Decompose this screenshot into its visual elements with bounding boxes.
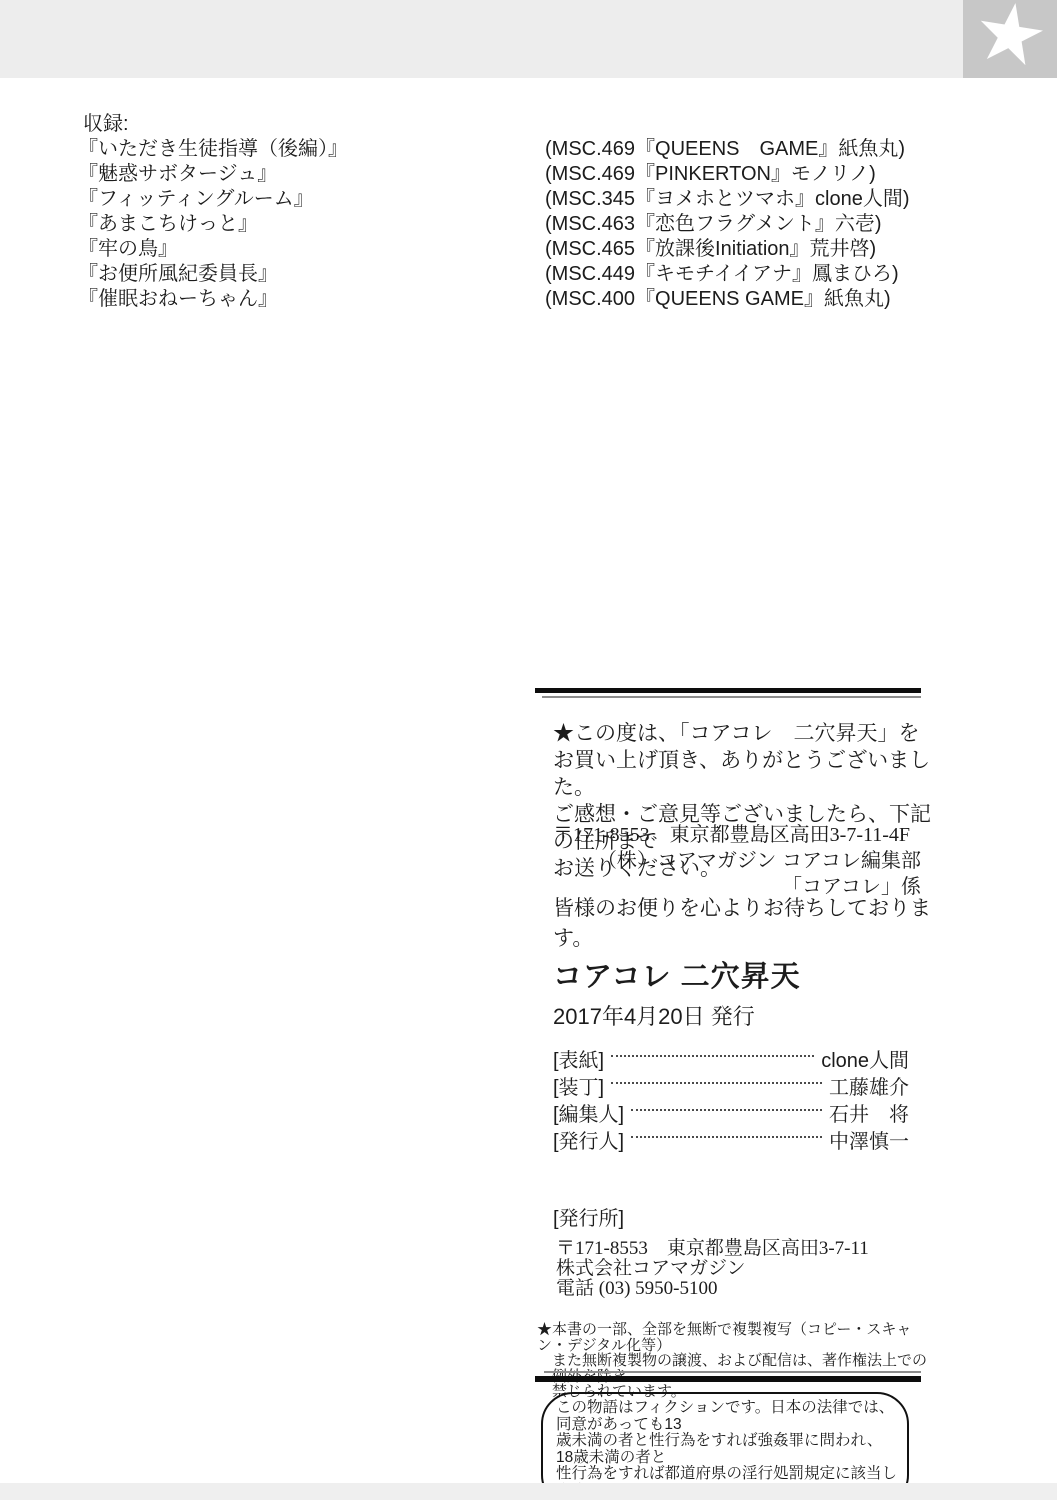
story-source: (MSC.465『放課後Initiation』荒井啓): [545, 237, 978, 262]
publisher-label: [発行所]: [553, 1202, 933, 1231]
story-source: (MSC.400『QUEENS GAME』紙魚丸): [545, 287, 978, 312]
bottom-strip: [0, 1483, 1057, 1500]
dotted-leader: [611, 1055, 814, 1057]
copyright-notice: ★本書の一部、全部を無断で複製複写（コピー・スキャン・デジタル化等） また無断複…: [537, 1322, 929, 1400]
contents-list: 収録: 『いただき生徒指導（後編）』 (MSC.469『QUEENS GAME』…: [78, 112, 978, 312]
address-company-line: （株）コアマガジン コアコレ編集部: [553, 848, 921, 874]
waiting-line: 皆様のお便りを心よりお待ちしております。: [553, 892, 933, 952]
contents-row: 『魅惑サボタージュ』 (MSC.469『PINKERTON』モノリノ): [78, 162, 978, 187]
contents-row: 『お便所風紀委員長』 (MSC.449『キモチイイアナ』鳳まひろ): [78, 262, 978, 287]
rule-thick: [535, 1376, 921, 1382]
credit-name: 工藤雄介: [829, 1071, 909, 1100]
disclaimer-line: この物語はフィクションです。日本の法律では、同意があっても13: [556, 1400, 897, 1433]
contents-row: 『いただき生徒指導（後編）』 (MSC.469『QUEENS GAME』紙魚丸): [78, 137, 978, 162]
story-title: 『お便所風紀委員長』: [78, 262, 545, 287]
dotted-leader: [631, 1136, 822, 1138]
story-title: 『フィッティングルーム』: [78, 187, 545, 212]
star-icon: ★: [968, 0, 1053, 78]
contents-row: 『フィッティングルーム』 (MSC.345『ヨメホとツマホ』clone人間): [78, 187, 978, 212]
story-title: 『催眠おねーちゃん』: [78, 287, 545, 312]
dotted-leader: [631, 1109, 822, 1111]
story-title: 『魅惑サボタージュ』: [78, 162, 545, 187]
dotted-leader: [611, 1082, 822, 1084]
credits-list: [表紙] clone人間 [装丁] 工藤雄介 [編集人] 石井 将 [発行人] …: [553, 1045, 909, 1153]
contents-row: 『催眠おねーちゃん』 (MSC.400『QUEENS GAME』紙魚丸): [78, 287, 978, 312]
credit-row: [表紙] clone人間: [553, 1045, 909, 1072]
divider-rule-top: [535, 688, 921, 698]
story-source: (MSC.449『キモチイイアナ』鳳まひろ): [545, 262, 978, 287]
rule-thick: [535, 688, 921, 693]
divider-rule-bottom: [535, 1371, 921, 1382]
editorial-address: 〒171-8553 東京都豊島区高田3-7-11-4F （株）コアマガジン コア…: [553, 822, 921, 900]
credit-row: [編集人] 石井 将: [553, 1099, 909, 1126]
rule-thin: [544, 1371, 921, 1373]
credit-label: [装丁]: [553, 1071, 604, 1100]
thanks-line: お買い上げ頂き、ありがとうございました。: [553, 747, 933, 801]
story-title: 『いただき生徒指導（後編）』: [78, 137, 545, 162]
book-title: コアコレ 二穴昇天: [553, 954, 801, 995]
credit-name: clone人間: [821, 1044, 909, 1073]
credit-row: [発行人] 中澤慎一: [553, 1126, 909, 1153]
story-source: (MSC.345『ヨメホとツマホ』clone人間): [545, 187, 978, 212]
credit-label: [発行人]: [553, 1125, 624, 1154]
publish-date: 2017年4月20日 発行: [553, 1000, 755, 1031]
publisher-phone: 電話 (03) 5950-5100: [553, 1279, 933, 1299]
publisher-address: 〒171-8553 東京都豊島区高田3-7-11: [553, 1239, 933, 1259]
credit-name: 中澤慎一: [829, 1125, 909, 1154]
contents-row: 『あまこちけっと』 (MSC.463『恋色フラグメント』六壱): [78, 212, 978, 237]
contents-heading: 収録:: [78, 112, 978, 137]
credit-label: [編集人]: [553, 1098, 624, 1127]
story-title: 『牢の鳥』: [78, 237, 545, 262]
story-source: (MSC.463『恋色フラグメント』六壱): [545, 212, 978, 237]
address-postal-line: 〒171-8553 東京都豊島区高田3-7-11-4F: [553, 822, 921, 848]
disclaimer-line: 歳未満の者と性行為をすれば強姦罪に問われ、18歳未満の者と: [556, 1433, 897, 1466]
credit-name: 石井 将: [829, 1098, 909, 1127]
star-box: ★: [963, 0, 1057, 78]
credit-row: [装丁] 工藤雄介: [553, 1072, 909, 1099]
rule-thin: [542, 696, 921, 698]
story-source: (MSC.469『PINKERTON』モノリノ): [545, 162, 978, 187]
credit-label: [表紙]: [553, 1044, 604, 1073]
top-banner: ★: [0, 0, 1057, 78]
story-title: 『あまこちけっと』: [78, 212, 545, 237]
publisher-block: [発行所] 〒171-8553 東京都豊島区高田3-7-11 株式会社コアマガジ…: [553, 1202, 933, 1299]
contents-row: 『牢の鳥』 (MSC.465『放課後Initiation』荒井啓): [78, 237, 978, 262]
story-source: (MSC.469『QUEENS GAME』紙魚丸): [545, 137, 978, 162]
copyright-line: ★本書の一部、全部を無断で複製複写（コピー・スキャン・デジタル化等）: [537, 1322, 929, 1353]
thanks-line: ★この度は、「コアコレ 二穴昇天」を: [553, 720, 933, 747]
publisher-company: 株式会社コアマガジン: [553, 1259, 933, 1279]
